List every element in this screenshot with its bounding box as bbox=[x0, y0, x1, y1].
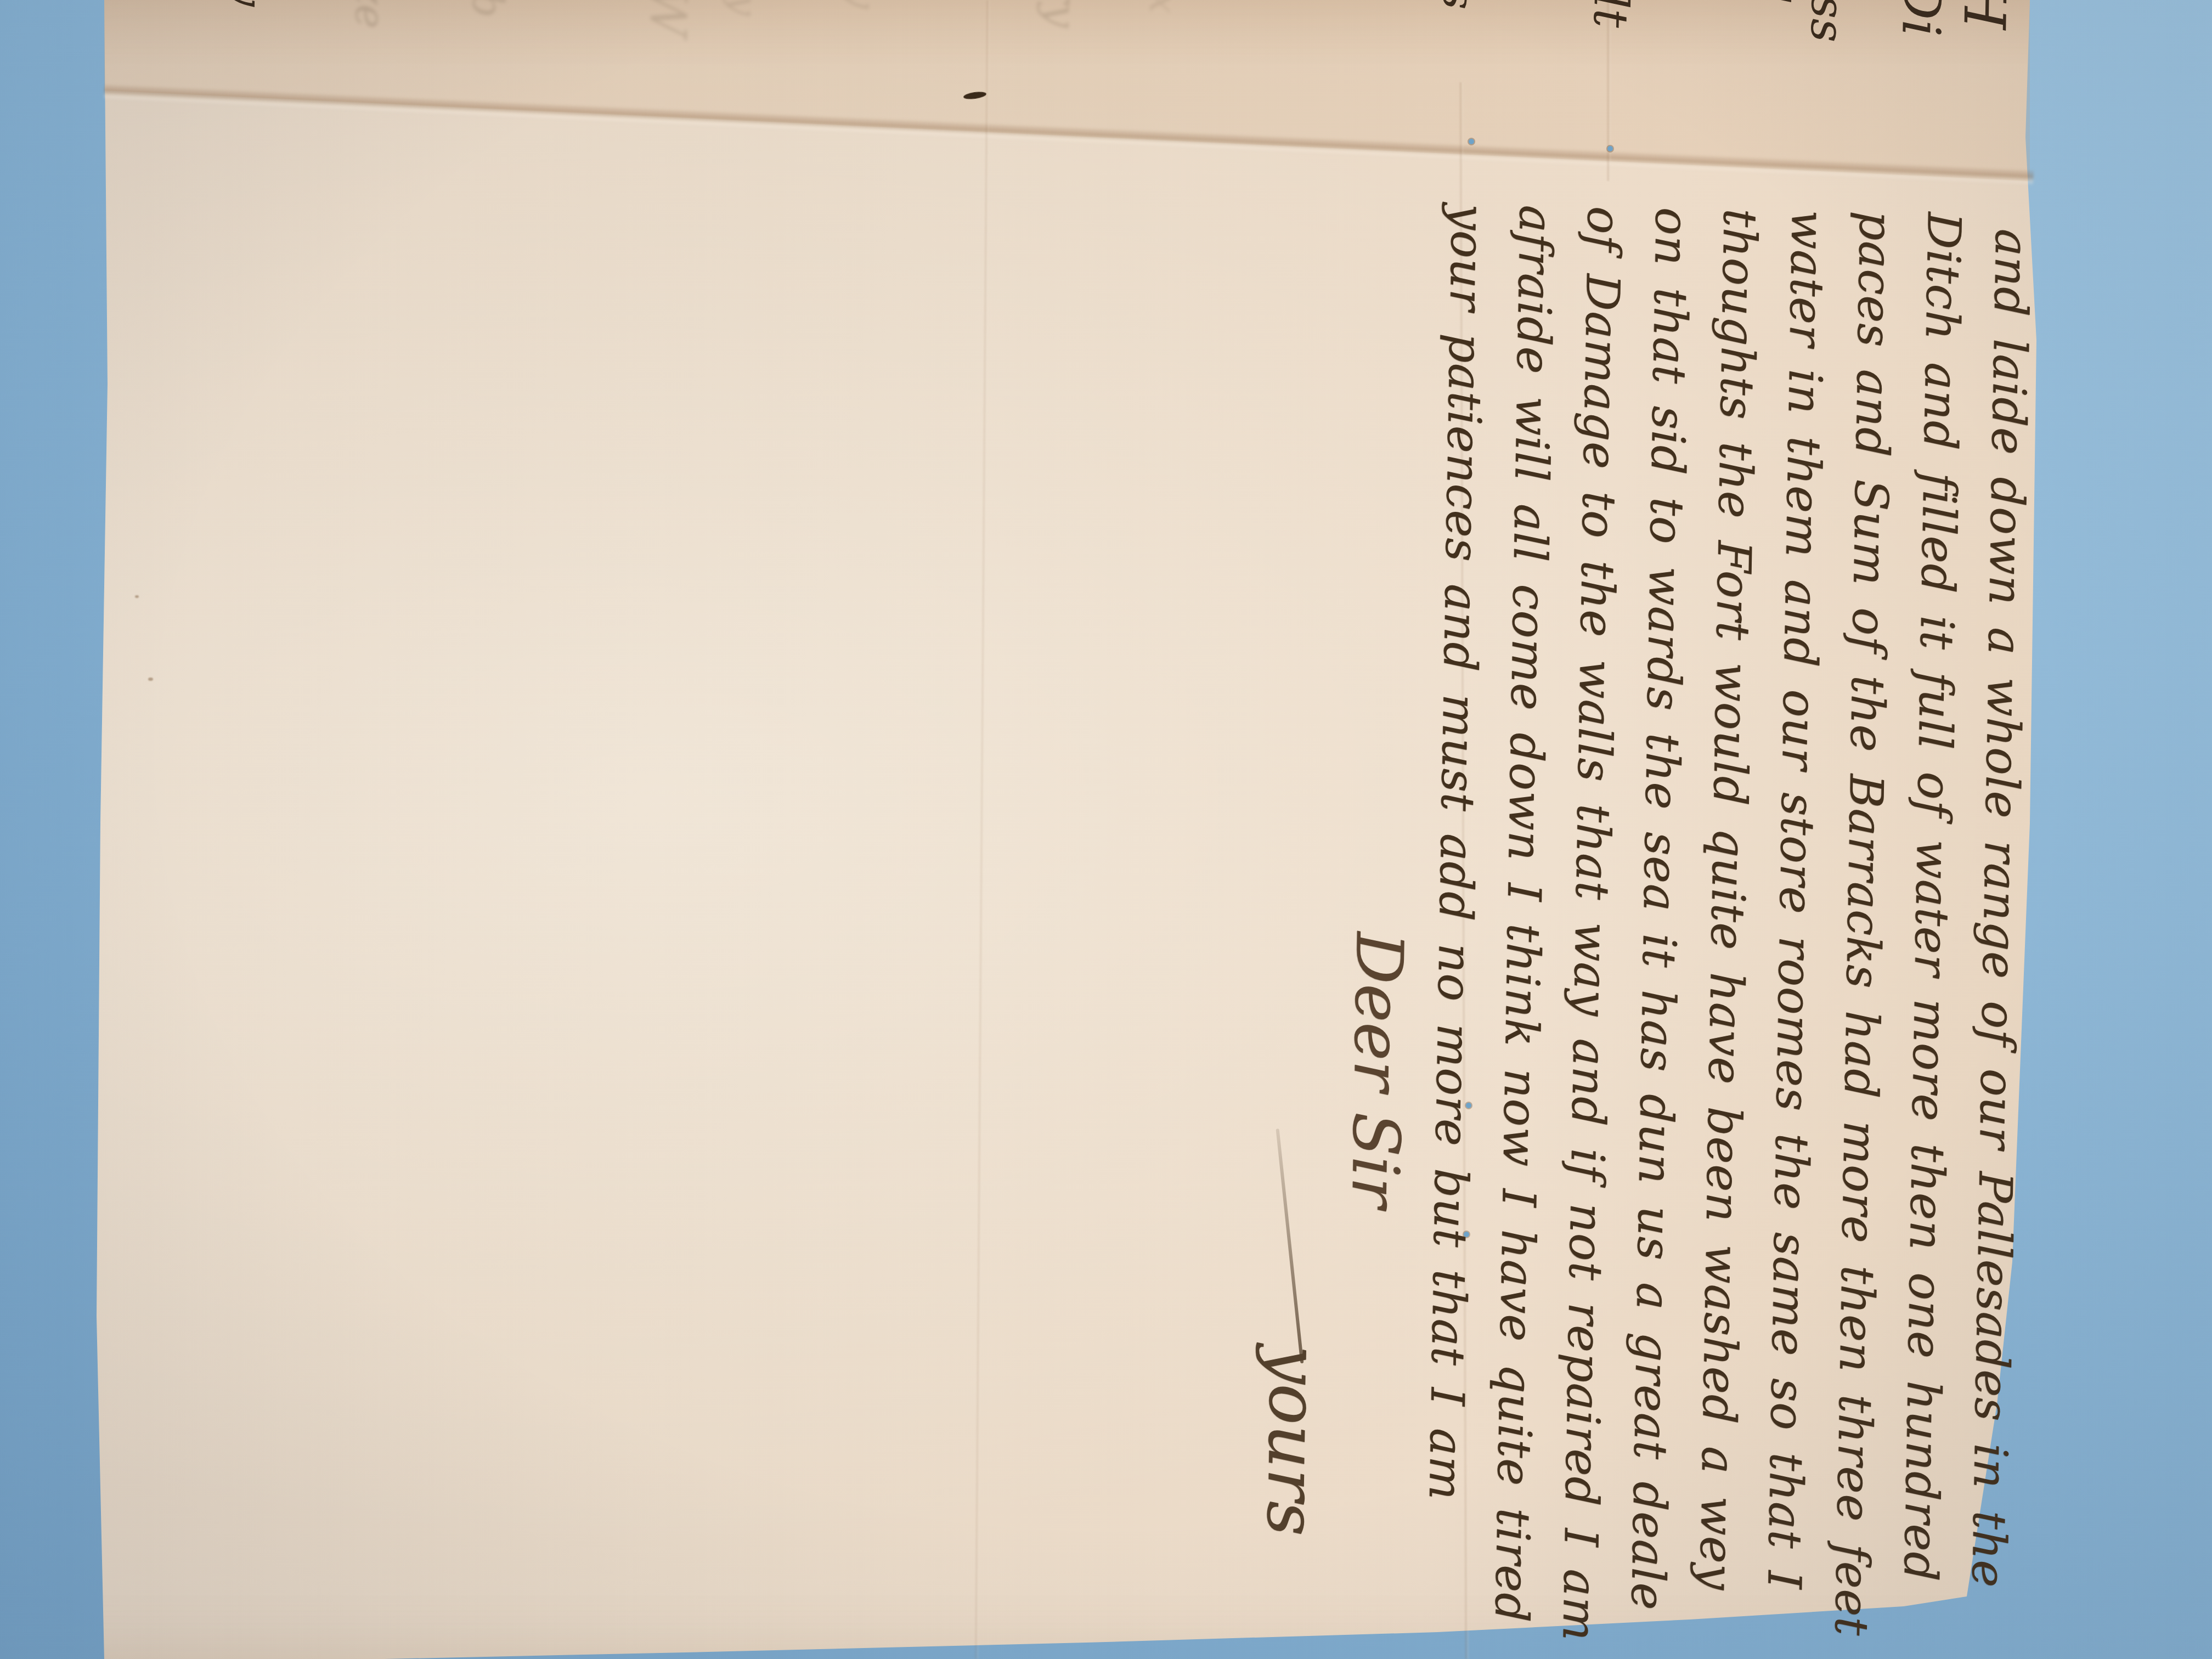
showthrough-mark-2: lb bbox=[463, 0, 512, 18]
showthrough-mark-6: ry bbox=[1036, 0, 1086, 28]
showthrough-mark-3: W bbox=[639, 0, 698, 38]
cut-off-fragment-6: ult bbox=[1583, 0, 1639, 28]
cut-off-fragment-9: Di bbox=[1890, 0, 1953, 37]
photo-scene: llyhgesultilessDiH zelbWyyryx and laide … bbox=[0, 0, 2212, 1659]
cut-off-fragment-10: H bbox=[1950, 0, 2018, 30]
cut-off-fragment-5: es bbox=[1432, 0, 1485, 10]
letter-signature: yours bbox=[1249, 1127, 1338, 1628]
showthrough-mark-1: ze bbox=[346, 0, 394, 29]
handwritten-letter-text: and laide down a whole range of our Pall… bbox=[1259, 201, 2046, 1640]
showthrough-mark-5: y bbox=[839, 0, 885, 9]
showthrough-mark-7: x bbox=[1141, 0, 1186, 14]
showthrough-mark-4: y bbox=[721, 0, 766, 16]
pinhole-2 bbox=[1607, 146, 1613, 151]
letter-closing-salutation: Deer Sir bbox=[1329, 932, 1418, 1629]
pinhole-1 bbox=[1469, 139, 1474, 144]
cut-off-fragment-8: ess bbox=[1800, 0, 1855, 43]
letter-body: and laide down a whole range of our Pall… bbox=[1409, 204, 2046, 1640]
stain-1 bbox=[135, 595, 139, 598]
cut-off-fragment-2: ly bbox=[221, 0, 273, 7]
